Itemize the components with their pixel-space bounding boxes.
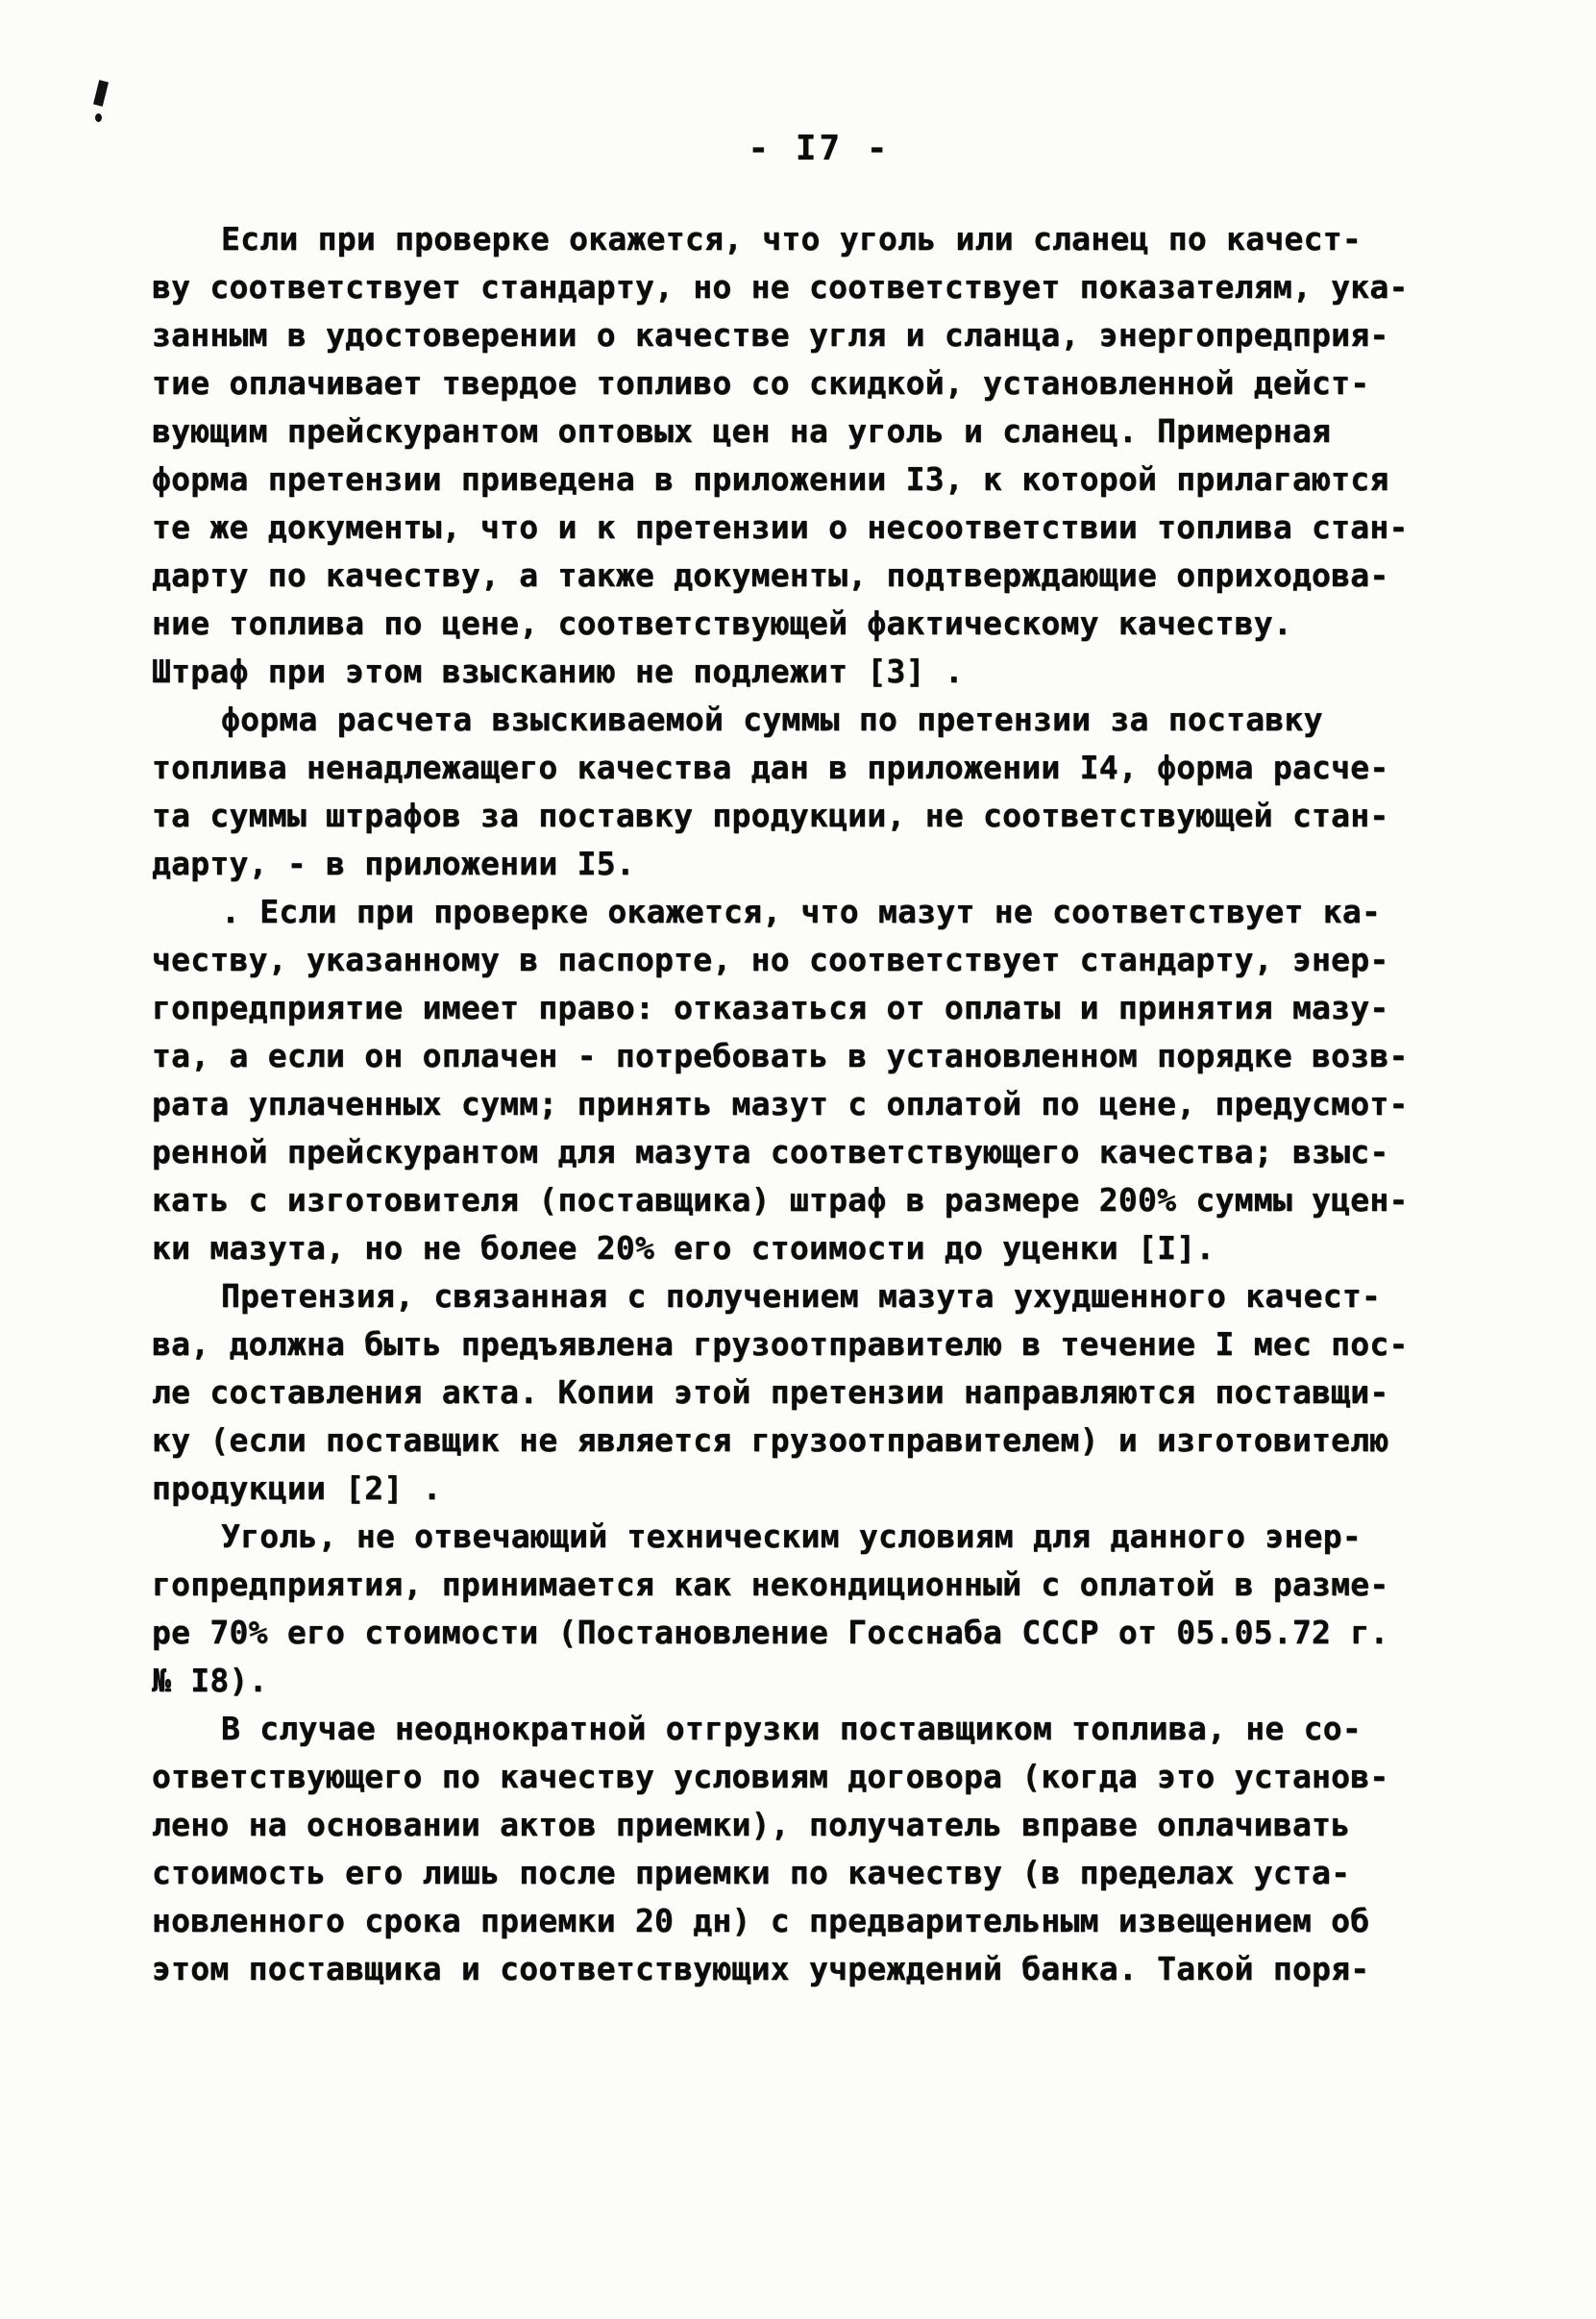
text-line: та суммы штрафов за поставку продукции, …	[152, 792, 1420, 840]
text-line: этом поставщика и соответствующих учрежд…	[152, 1945, 1420, 1993]
text-line: форма претензии приведена в приложении I…	[152, 456, 1420, 504]
text-line: форма расчета взыскиваемой суммы по прет…	[152, 696, 1420, 744]
text-line: топлива ненадлежащего качества дан в при…	[152, 744, 1420, 792]
text-line: гопредприятие имеет право: отказаться от…	[152, 984, 1420, 1032]
text-line: стоимость его лишь после приемки по каче…	[152, 1849, 1420, 1897]
text-line: дарту, - в приложении I5.	[152, 840, 1420, 888]
text-line: те же документы, что и к претензии о нес…	[152, 504, 1420, 552]
text-line: ле составления акта. Копии этой претензи…	[152, 1369, 1420, 1417]
text-line: ренной прейскурантом для мазута соответс…	[152, 1128, 1420, 1176]
text-line: кать с изготовителя (поставщика) штраф в…	[152, 1176, 1420, 1224]
text-line: ва, должна быть предъявлена грузоотправи…	[152, 1320, 1420, 1369]
text-line: дарту по качеству, а также документы, по…	[152, 552, 1420, 600]
scan-speck	[95, 113, 102, 122]
text-line: . Если при проверке окажется, что мазут …	[152, 888, 1420, 936]
page-number: - I7 -	[0, 129, 1596, 168]
text-line: та, а если он оплачен - потребовать в ус…	[152, 1032, 1420, 1080]
text-line: Уголь, не отвечающий техническим условия…	[152, 1513, 1420, 1561]
body-text: Если при проверке окажется, что уголь ил…	[152, 215, 1420, 1993]
text-line: Штраф при этом взысканию не подлежит [3]…	[152, 648, 1420, 696]
scan-speck	[93, 80, 109, 107]
text-line: продукции [2] .	[152, 1465, 1420, 1513]
text-line: тие оплачивает твердое топливо со скидко…	[152, 359, 1420, 407]
text-line: ву соответствует стандарту, но не соотве…	[152, 263, 1420, 311]
text-line: новленного срока приемки 20 дн) с предва…	[152, 1897, 1420, 1945]
text-line: ре 70% его стоимости (Постановление Госс…	[152, 1609, 1420, 1657]
text-line: № I8).	[152, 1657, 1420, 1705]
document-page: - I7 - Если при проверке окажется, что у…	[0, 0, 1596, 2319]
text-line: ки мазута, но не более 20% его стоимости…	[152, 1224, 1420, 1272]
text-line: ку (если поставщик не является грузоотпр…	[152, 1417, 1420, 1465]
text-line: рата уплаченных сумм; принять мазут с оп…	[152, 1080, 1420, 1128]
text-line: честву, указанному в паспорте, но соотве…	[152, 936, 1420, 984]
text-line: гопредприятия, принимается как некондици…	[152, 1561, 1420, 1609]
text-line: занным в удостоверении о качестве угля и…	[152, 311, 1420, 359]
text-line: В случае неоднократной отгрузки поставщи…	[152, 1705, 1420, 1753]
text-line: вующим прейскурантом оптовых цен на угол…	[152, 407, 1420, 456]
text-line: ответствующего по качеству условиям дого…	[152, 1753, 1420, 1801]
text-line: ние топлива по цене, соответствующей фак…	[152, 600, 1420, 648]
text-line: Претензия, связанная с получением мазута…	[152, 1272, 1420, 1320]
text-line: Если при проверке окажется, что уголь ил…	[152, 215, 1420, 263]
text-line: лено на основании актов приемки), получа…	[152, 1801, 1420, 1849]
